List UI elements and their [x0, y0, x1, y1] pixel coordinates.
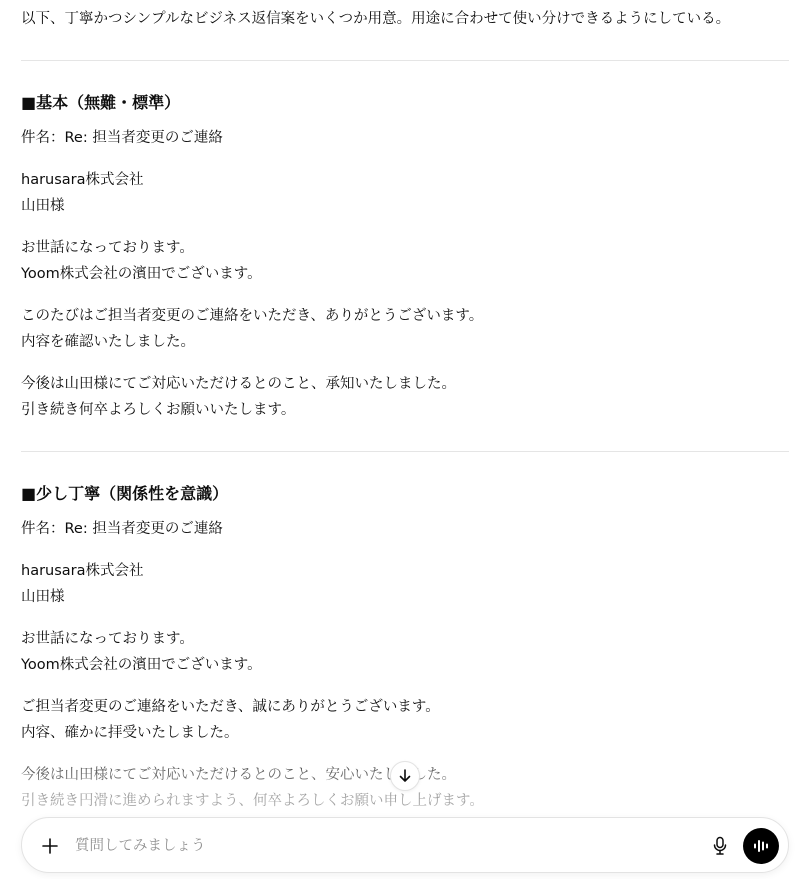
microphone-icon: [711, 836, 729, 856]
divider: [21, 451, 789, 452]
email-recipient: 山田様: [21, 586, 65, 608]
email-closing: 引き続き円滑に進められますよう、何卒よろしくお願い申し上げます。: [21, 790, 484, 812]
email-sender: Yoom株式会社の濱田でございます。: [21, 654, 262, 676]
email-subject: 件名：Re: 担当者変更のご連絡: [21, 518, 223, 540]
divider: [21, 60, 789, 61]
email-closing: 今後は山田様にてご対応いただけるとのこと、承知いたしました。: [21, 373, 456, 395]
email-greeting: お世話になっております。: [21, 237, 194, 259]
email-subject: 件名：Re: 担当者変更のご連絡: [21, 127, 223, 149]
section-heading-basic: ■基本（無難・標準）: [21, 91, 180, 115]
voice-mode-button[interactable]: [743, 828, 779, 864]
email-body: 内容を確認いたしました。: [21, 331, 195, 353]
email-greeting: お世話になっております。: [21, 628, 194, 650]
intro-text: 以下、丁寧かつシンプルなビジネス返信案をいくつか用意。用途に合わせて使い分けでき…: [21, 8, 730, 30]
dictate-button[interactable]: [708, 834, 732, 858]
email-body: このたびはご担当者変更のご連絡をいただき、ありがとうございます。: [21, 305, 483, 327]
prompt-input[interactable]: [75, 832, 675, 860]
email-closing: 引き続き何卒よろしくお願いいたします。: [21, 399, 295, 421]
email-company: harusara株式会社: [21, 169, 144, 191]
section-heading-polite: ■少し丁寧（関係性を意識）: [21, 482, 228, 506]
add-attachment-button[interactable]: [38, 834, 62, 858]
email-body: ご担当者変更のご連絡をいただき、誠にありがとうございます。: [21, 696, 440, 718]
email-recipient: 山田様: [21, 195, 65, 217]
scroll-to-bottom-button[interactable]: [390, 761, 420, 791]
email-sender: Yoom株式会社の濱田でございます。: [21, 263, 262, 285]
chat-composer: [21, 817, 789, 873]
email-body: 内容、確かに拝受いたしました。: [21, 722, 239, 744]
voice-mode-icon: [752, 837, 770, 855]
plus-icon: [41, 837, 59, 855]
arrow-down-icon: [397, 768, 413, 784]
email-company: harusara株式会社: [21, 560, 144, 582]
